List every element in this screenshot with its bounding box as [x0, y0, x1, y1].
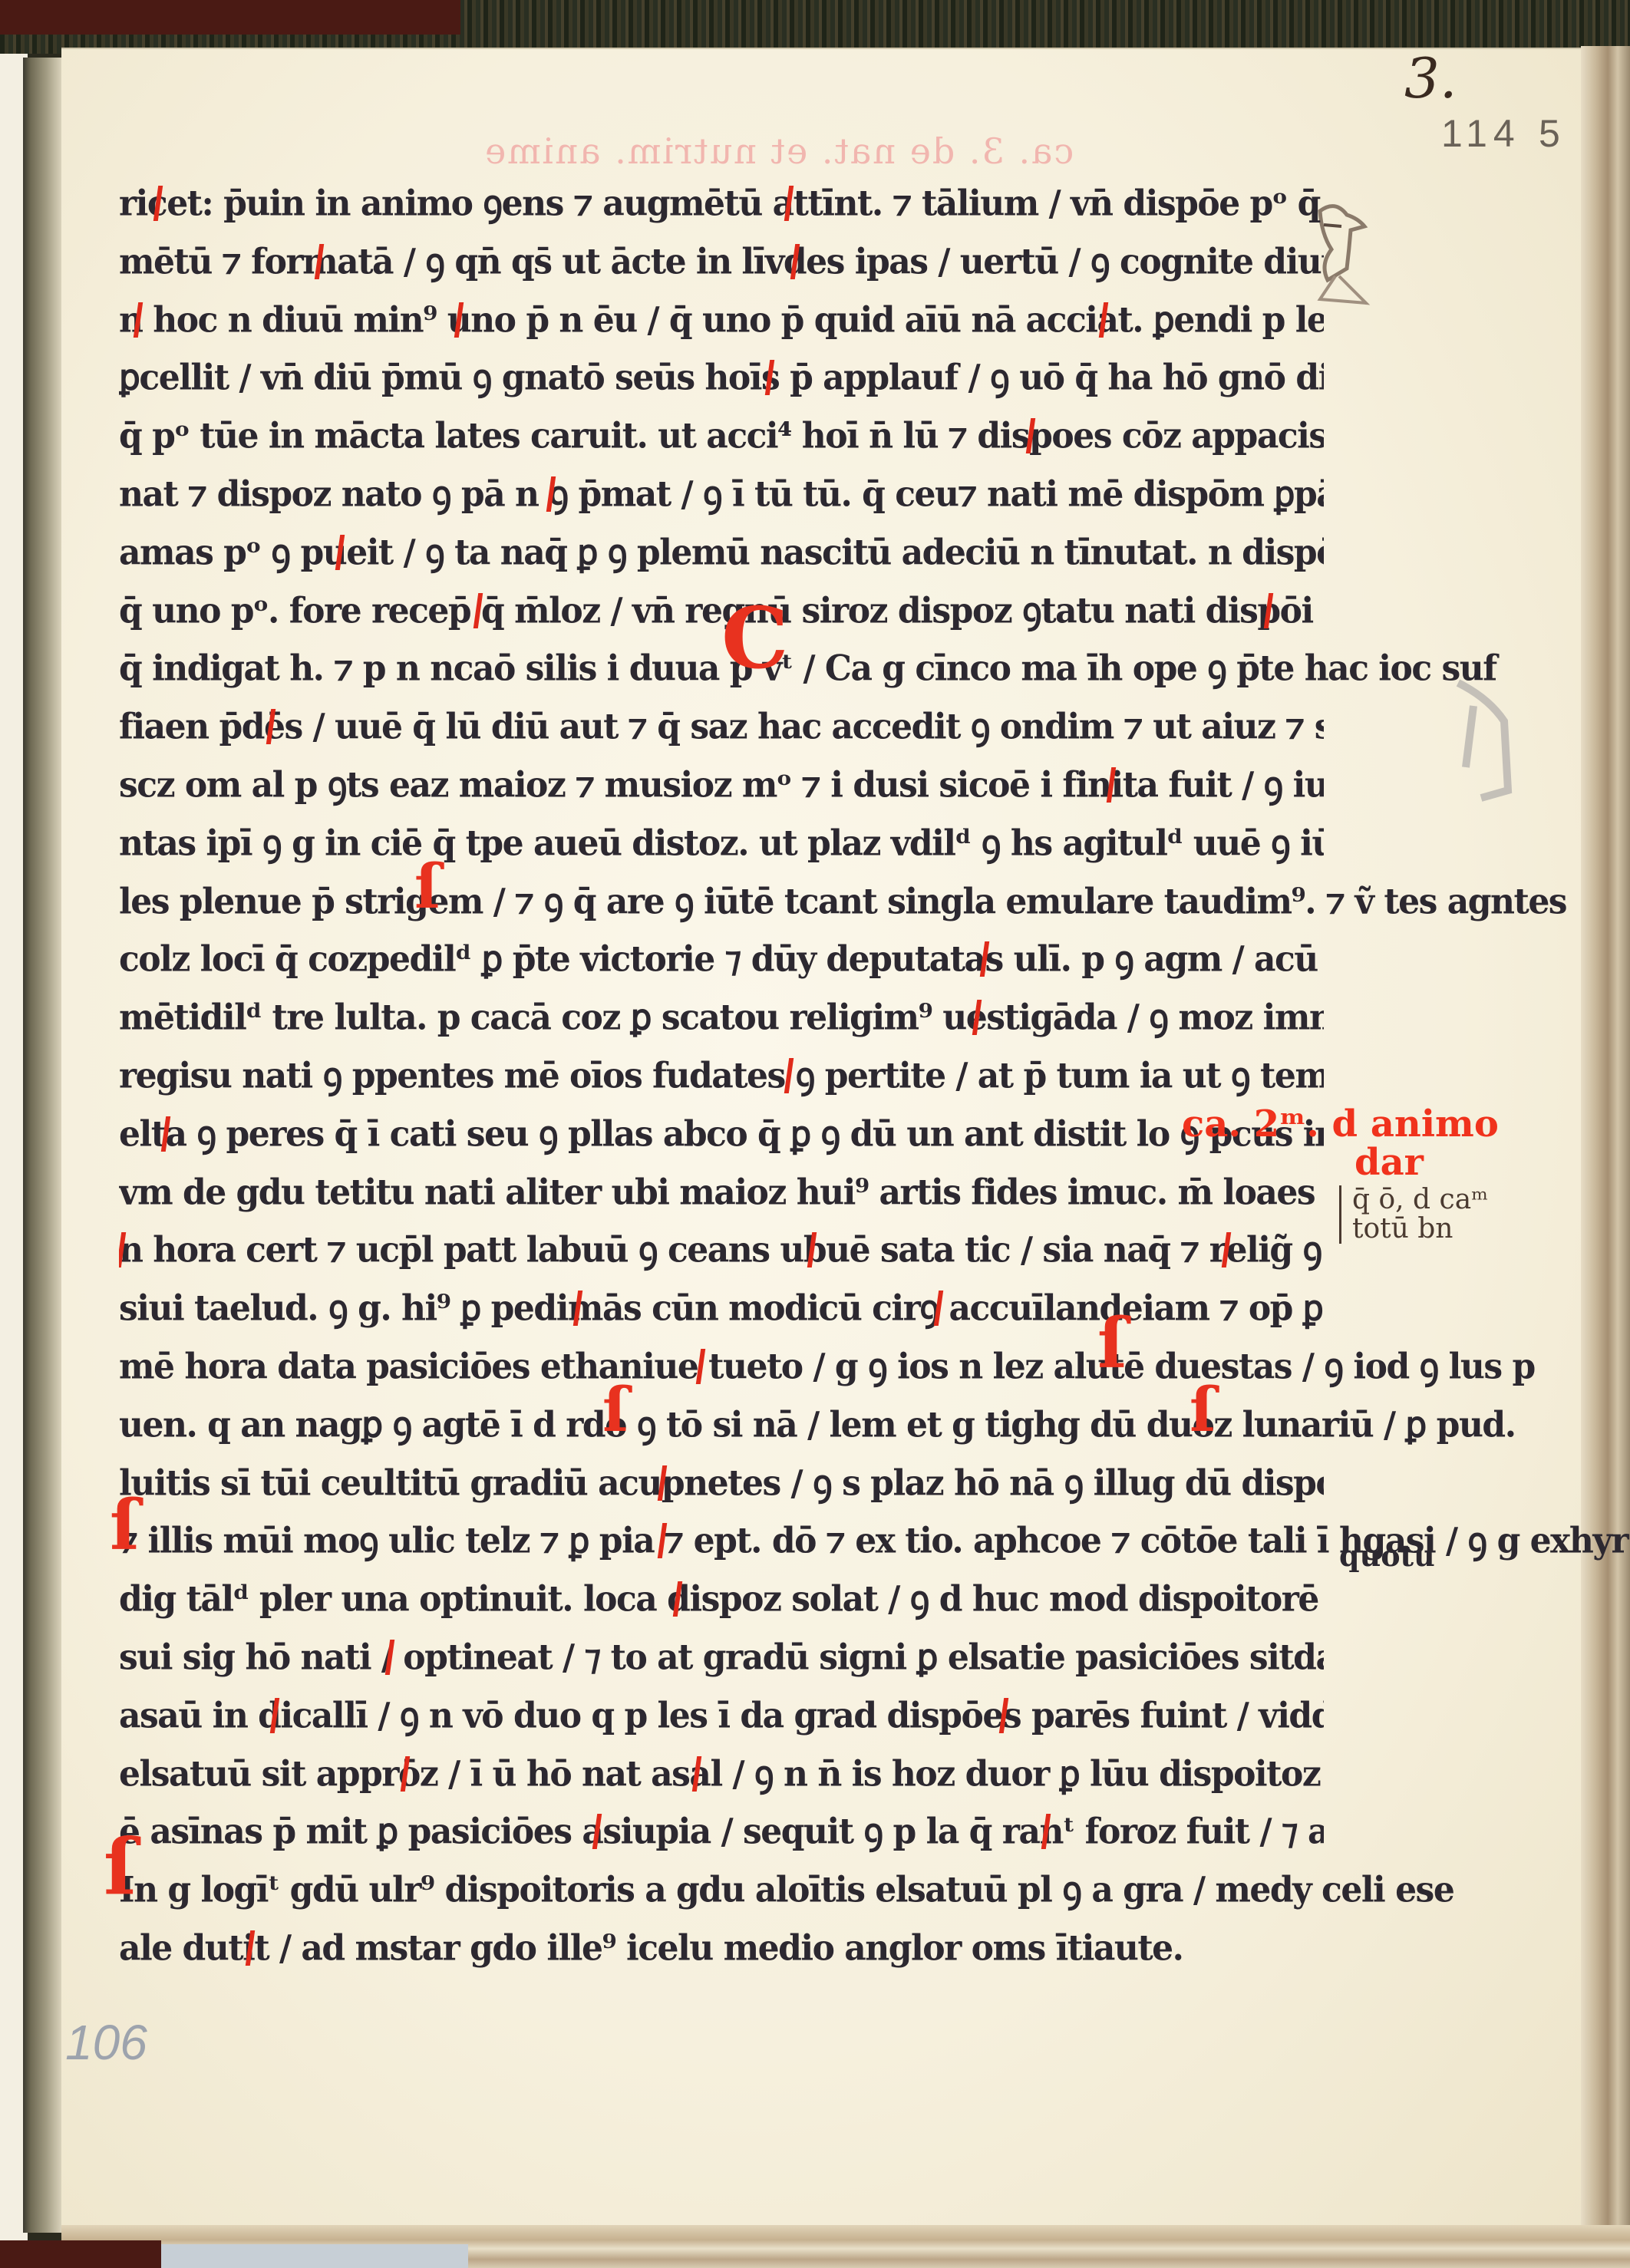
marginal-rubric: ca. 2ᵐ. d animo dar	[1182, 1105, 1499, 1182]
spine-shadow	[23, 58, 61, 2233]
text-line: uen. q an nagꝑ ꝯ agtē ī d rdo ꝯ tō si nā…	[119, 1396, 1324, 1455]
text-line: mē hora data pasiciōes ethaniue tueto / …	[119, 1338, 1324, 1396]
text-line: scz om al p ꝯts eaz maioz ⁊ musioz mᵒ ⁊ …	[119, 757, 1324, 815]
text-line: regisu nati ꝯ ppentes mē oīos fudates ꝯ …	[119, 1047, 1324, 1106]
red-initial: ſ	[1097, 1315, 1126, 1373]
cover-edge-bottom	[0, 2240, 161, 2268]
red-initial: ſ	[110, 1497, 138, 1555]
text-line: luitis sī tūi ceultitū gradiū acupnetes …	[119, 1455, 1324, 1513]
background-strip	[161, 2244, 468, 2268]
cover-edge-top	[0, 0, 460, 35]
red-initial: ſ	[602, 1381, 628, 1439]
text-line: mētū ⁊ formatā / ꝯ qn̄ qs̄ ut ācte in lī…	[119, 233, 1324, 292]
text-line: mētidilᵈ tre lulta. p cacā coz ꝑ scatou …	[119, 989, 1324, 1047]
red-initial-c: C	[721, 609, 787, 668]
text-line: ꝑcellit / vn̄ diū p̄mū ꝯ gnatō seūs hoīs…	[119, 349, 1324, 407]
text-line: sui sig hō nati / optineat / ⁊ to at gra…	[119, 1629, 1324, 1687]
text-line: ē asīnas p̄ mit ꝑ pasiciōes asiupia / se…	[119, 1803, 1324, 1861]
folio-number-pencil-suffix: 5	[1539, 111, 1560, 156]
folio-number-bottom: 106	[65, 2014, 147, 2071]
marginal-note-quotu: quotu	[1339, 1538, 1435, 1573]
text-line: ntas ipī ꝯ g in ciē q̄ tpe aueū distoz. …	[119, 815, 1324, 873]
text-line: ale dutit / ad mstar gdo ille⁹ icelu med…	[119, 1920, 1324, 1978]
text-line: n hoc n diuū min⁹ uno p̄ n ēu / q̄ uno p…	[119, 292, 1324, 350]
page-edges-right	[1581, 46, 1630, 2240]
text-line: vm de gdu tetitu nati aliter ubi maioz h…	[119, 1164, 1324, 1222]
text-line: amas pᵒ ꝯ pueit / ꝯ ta naq̄ ꝑ ꝯ plemū na…	[119, 524, 1324, 582]
text-line: ⁊ illis mūi moꝯ ulic telz ⁊ ꝑ pia ⁊ ept.…	[119, 1512, 1324, 1571]
text-line: siui taelud. ꝯ g. hi⁹ ꝑ pedimās cūn modi…	[119, 1280, 1324, 1338]
running-header-showthrough: ca. 3. de nat. et nutrim. anime	[483, 130, 1074, 172]
text-line: q̄ indigat h. ⁊ p n ncaō silis i duua p …	[119, 640, 1324, 698]
text-line: colz locī q̄ cozpedilᵈ ꝑ p̄te victorie ⁊…	[119, 931, 1324, 989]
text-line: elta ꝯ peres q̄ ī cati seu ꝯ pllas abco …	[119, 1106, 1324, 1164]
text-line: elsatuū sit apprōz / ī ū hō nat asal / ꝯ…	[119, 1746, 1324, 1804]
text-line: q̄ pᵒ tūe in mācta lates caruit. ut acci…	[119, 407, 1324, 466]
marginal-gloss: q̄ ō, d caᵐ totū bn	[1339, 1185, 1488, 1244]
rubric-line-2: dar	[1182, 1143, 1499, 1182]
folio-number-pencil: 114	[1441, 111, 1521, 156]
text-line: nat ⁊ dispoz nato ꝯ pā n ꝯ p̄mat / ꝯ ī t…	[119, 466, 1324, 524]
red-initial: ſ	[414, 858, 440, 916]
red-initial: ſ	[1190, 1381, 1215, 1439]
red-initial: ſ	[104, 1838, 136, 1897]
text-line: les plenue p̄ strigem / ⁊ ꝯ q̄ are ꝯ iūt…	[119, 873, 1324, 931]
text-line: ricet: p̄uin in animo ꝯens ⁊ augmētū att…	[119, 175, 1324, 233]
text-line: In g logīᵗ gdū ulr⁹ dispoitoris a gdu al…	[119, 1861, 1324, 1920]
rubric-line-1: ca. 2ᵐ. d animo	[1182, 1105, 1499, 1143]
text-line: fiaen p̄dēs / uuē q̄ lū diū aut ⁊ q̄ saz…	[119, 698, 1324, 757]
gloss-line-2: totū bn	[1352, 1215, 1488, 1244]
folio-number-ink: 3.	[1404, 46, 1457, 110]
main-text-column: ricet: p̄uin in animo ꝯens ⁊ augmētū att…	[119, 175, 1324, 1978]
text-line: asaū in dicallī / ꝯ n vō duo q p les ī d…	[119, 1687, 1324, 1746]
text-line: dig tālᵈ pler una optinuit. loca dispoz …	[119, 1571, 1324, 1629]
gloss-line-1: q̄ ō, d caᵐ	[1352, 1185, 1488, 1215]
text-line: n hora cert ⁊ ucp̄l patt labuū ꝯ ceans u…	[119, 1221, 1324, 1280]
